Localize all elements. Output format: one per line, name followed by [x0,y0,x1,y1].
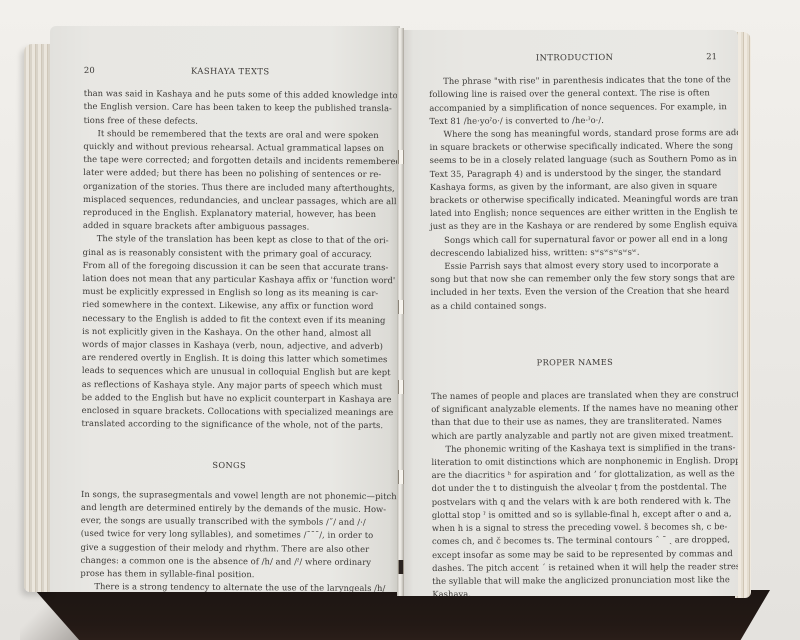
text-line: translated according to the significance… [81,417,377,432]
paragraph: Essie Parrish says that almost every sto… [430,258,718,313]
text-line: Kashaya. [432,586,720,596]
running-title: INTRODUCTION [443,50,706,65]
paper-stain [650,565,660,571]
paragraph: The phrase "with rise" in parenthesis in… [429,73,717,128]
photo-scene: 20 KASHAYA TEXTS than was said in Kashay… [0,0,800,640]
text-line: except insofar as some may be said to be… [432,547,720,562]
right-body-after: The names of people and places are trans… [431,388,720,596]
binding-stitch [398,470,404,484]
binding-stitch [398,560,404,574]
left-page-text: 20 KASHAYA TEXTS than was said in Kashay… [80,64,380,592]
running-title: KASHAYA TEXTS [95,64,366,79]
binding-stitch [398,380,404,394]
text-line: as a child contained songs. [431,298,719,313]
text-line: dot under the t to distinguish the alveo… [432,481,720,496]
text-line: just as they are in the Kashaya or are r… [430,219,718,234]
section-heading-songs: SONGS [81,458,377,473]
right-running-head: INTRODUCTION 21 [429,50,717,65]
binding-stitch [398,150,404,164]
text-line: the syllable that will make the angliciz… [432,573,720,588]
book-cover-bottom [35,590,770,640]
text-line: included in her texts. Even the version … [430,285,718,300]
paragraph: Where the song has meaningful words, sta… [429,126,718,233]
text-line: comes ch, and č becomes ts. The terminal… [432,534,720,549]
text-line: (used twice for very long syllables), an… [81,527,377,542]
text-line: There is a strong tendency to alternate … [80,580,376,592]
paragraph: There is a strong tendency to alternate … [80,580,376,592]
binding-stitch [398,300,404,314]
paragraph: Songs which call for supernatural favor … [430,232,718,260]
left-body-after: In songs, the suprasegmentals and vowel … [80,488,377,592]
left-body-before: than was said in Kashaya and he puts som… [81,87,379,432]
text-line: accompanied by a simplification of nonce… [429,100,717,115]
paragraph: The style of the translation has been ke… [81,232,378,432]
section-heading-proper-names: PROPER NAMES [431,355,719,370]
page-number: 21 [706,50,717,63]
text-line: seems to be in a closely related languag… [430,153,718,168]
left-page: 20 KASHAYA TEXTS than was said in Kashay… [50,26,400,592]
paragraph: than was said in Kashaya and he puts som… [84,87,380,129]
paragraph: The phonemic writing of the Kashaya text… [431,441,720,596]
right-page-text: INTRODUCTION 21 The phrase "with rise" i… [429,50,721,596]
paragraph: It should be remembered that the texts a… [83,127,380,235]
right-page: INTRODUCTION 21 The phrase "with rise" i… [400,30,738,596]
text-line: following line is raised over the genera… [429,87,717,102]
text-line: Songs which call for supernatural favor … [430,232,718,247]
paragraph: The names of people and places are trans… [431,388,719,443]
left-running-head: 20 KASHAYA TEXTS [84,64,380,79]
text-line: than that due to their use as names, the… [431,415,719,430]
paragraph: In songs, the suprasegmentals and vowel … [80,488,377,582]
page-number: 20 [84,64,95,77]
right-body-before: The phrase "with rise" in parenthesis in… [429,73,718,312]
